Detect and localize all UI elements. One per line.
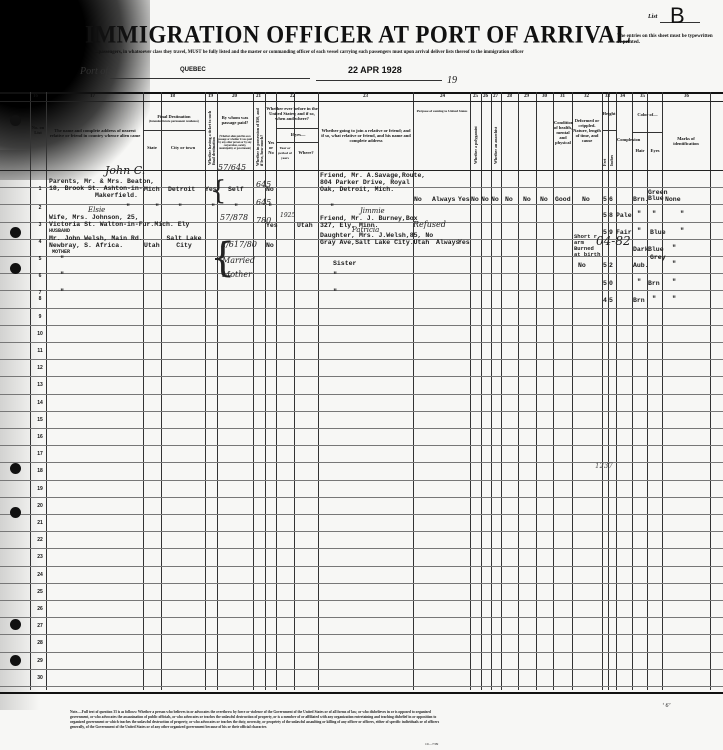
joining-line: Friend, Mr. A.Savage,Route, <box>320 172 425 179</box>
header-condition-health: Condition of health, mental and physical <box>554 120 572 145</box>
row-line <box>0 204 723 205</box>
row-line <box>0 342 723 343</box>
header-state: State <box>144 145 160 150</box>
header-passage-paid: By whom was passage paid? <box>218 115 252 125</box>
height-feet: 5 <box>603 280 607 287</box>
ditto-mark: " <box>333 289 337 297</box>
header-joining-relative: Whether going to join a relative or frie… <box>320 128 412 143</box>
list-label: List <box>648 14 657 20</box>
column-number: 20 <box>232 94 237 99</box>
ditto-mark: " <box>60 272 64 280</box>
form-code: 10—7/09 <box>425 742 438 746</box>
header-hair: Hair <box>633 148 647 153</box>
ditto-mark: " <box>637 211 641 219</box>
header-passage-paid-note: (Whether alien paid his own passage or w… <box>218 135 252 150</box>
cell-value: No <box>414 196 422 203</box>
row-number: 25 <box>34 589 46 595</box>
row-number: 2 <box>34 205 46 211</box>
column-number: 28 <box>507 94 512 99</box>
joining-line: Sister <box>333 260 356 267</box>
column-number: 34 <box>620 94 625 99</box>
deformed: No <box>582 196 590 203</box>
header-fifty-dollars: Whether in possession of $50, and if les… <box>256 108 264 166</box>
row-number: 22 <box>34 537 46 543</box>
ditto-mark: " <box>672 261 676 269</box>
column-number: 22 <box>290 94 295 99</box>
column-number: 26 <box>483 94 488 99</box>
column-number: 21 <box>256 94 261 99</box>
cell-value: No <box>505 196 513 203</box>
handwritten-annotation: 04-82 <box>596 234 631 248</box>
height-inches: 6 <box>609 196 613 203</box>
header-polygamist: Whether a polygamist <box>474 114 478 164</box>
row-number: 29 <box>34 658 46 664</box>
row-number: 17 <box>34 451 46 457</box>
header-purpose: Purpose of coming to United States <box>414 109 470 114</box>
joining-line: Gray Ave,Salt Lake City.Utah <box>320 239 429 246</box>
eyes: Green Blue <box>648 190 664 202</box>
row-number: 26 <box>34 606 46 612</box>
handwritten-annotation: 57/645 <box>218 163 246 172</box>
column-number: 35 <box>640 94 645 99</box>
document-title: IMMIGRATION OFFICER AT PORT OF ARRIVAL <box>85 21 631 50</box>
passage-paid: Self <box>228 186 244 193</box>
header-city: City or town <box>162 145 204 150</box>
row-line <box>0 634 723 635</box>
handwritten-annotation: 645 <box>256 198 271 207</box>
cell-value: No <box>471 196 479 203</box>
margin-mark: ‘ 6’ <box>662 703 671 709</box>
state: Mich <box>144 186 160 193</box>
row-number: 27 <box>34 623 46 629</box>
header-inches: Inches <box>610 146 614 166</box>
row-line <box>0 273 723 274</box>
row-line <box>0 652 723 653</box>
row-line <box>0 462 723 463</box>
sub-header-divider <box>276 128 318 129</box>
ditto-mark: " <box>234 204 238 212</box>
list-value: B <box>670 3 685 29</box>
row-line <box>0 411 723 412</box>
punch-hole <box>10 507 21 518</box>
header-anarchist: Whether an anarchist <box>494 114 498 164</box>
relative-line: Newbray, S. Africa. <box>49 242 123 249</box>
height-inches: 2 <box>609 262 613 269</box>
where: Utah <box>297 222 313 229</box>
punch-hole <box>10 115 21 126</box>
row-line <box>0 290 723 291</box>
row-line <box>0 428 723 429</box>
row-line <box>0 497 723 498</box>
cell-value: No <box>481 196 489 203</box>
punch-hole <box>10 655 21 666</box>
column-number: 27 <box>493 94 498 99</box>
ditto-mark: " <box>60 256 64 264</box>
row-line <box>0 548 723 549</box>
row-line <box>0 531 723 532</box>
ditto-mark: " <box>333 272 337 280</box>
handwritten-annotation: Jimmie <box>360 207 385 215</box>
cell-value: Always <box>436 239 459 246</box>
relative-line: Parents, Mr. & Mrs. Beaton, <box>49 178 154 185</box>
joining-line: Oak, Detroit, Mich. <box>320 186 394 193</box>
sub-header-divider <box>632 132 662 133</box>
header-complexion: Complexion <box>617 137 632 142</box>
column-number: 31 <box>560 94 565 99</box>
height-feet: 5 <box>603 212 607 219</box>
header-yes-no: Yes or No <box>266 140 276 155</box>
ditto-mark: " <box>126 204 130 212</box>
row-number: 23 <box>34 554 46 560</box>
column-number-divider <box>0 101 723 102</box>
handwritten-annotation: 57/878 <box>220 213 248 222</box>
sub-header-divider <box>602 130 616 131</box>
row-number: 1 <box>34 186 46 192</box>
height-feet: 4 <box>603 297 607 304</box>
row-line <box>0 394 723 395</box>
punch-hole <box>10 463 21 474</box>
ditto-mark: " <box>637 228 641 236</box>
row-number: 9 <box>34 314 46 320</box>
height-inches: 8 <box>609 212 613 219</box>
eyes: Brn <box>648 280 660 287</box>
row-line <box>0 686 723 687</box>
sub-header-divider <box>143 130 205 131</box>
deformed: No <box>578 262 586 269</box>
typewritten-instruction: The entries on this sheet must be typewr… <box>617 34 717 46</box>
row-number: 14 <box>34 400 46 406</box>
port-label: Port of <box>80 66 108 77</box>
header-eyes: Eyes <box>648 148 662 153</box>
height-feet: 5 <box>603 262 607 269</box>
header-marks: Marks of identification <box>665 136 707 146</box>
joining-line: Friend, Mr. J. Burney,Box <box>320 215 418 222</box>
port-underline <box>110 78 310 79</box>
ditto-mark: " <box>330 204 334 212</box>
row-number: 4 <box>34 239 46 245</box>
header-feet: Feet <box>603 150 607 166</box>
handwritten-annotation: Patricia <box>352 226 379 234</box>
punch-hole <box>10 263 21 274</box>
ditto-mark: " <box>652 296 656 304</box>
hair: Dark <box>633 246 649 253</box>
cell-value: No <box>491 196 499 203</box>
column-number: 17 <box>90 94 95 99</box>
complexion: Pale <box>616 212 632 219</box>
bracket-mark: { <box>210 238 235 278</box>
header-ticket: Whether having a ticket to such final de… <box>208 110 216 165</box>
date-underline <box>316 80 442 81</box>
row-number: 6 <box>34 273 46 279</box>
row-line <box>0 669 723 670</box>
health: Good <box>555 196 571 203</box>
cell-value: No <box>523 196 531 203</box>
ditto-mark: " <box>672 279 676 287</box>
handwritten-annotation: 1925 <box>280 212 295 219</box>
cell-value: Yes <box>458 239 470 246</box>
punch-hole <box>10 619 21 630</box>
ditto-mark: " <box>637 279 641 287</box>
row-number: 13 <box>34 382 46 388</box>
row-number: 7 <box>34 290 46 296</box>
row-line <box>0 583 723 584</box>
row-number: 24 <box>34 572 46 578</box>
header-if-yes: If yes— <box>280 132 316 137</box>
header-relative-abroad: The name and complete address of nearest… <box>48 128 142 138</box>
row-line <box>0 514 723 515</box>
marks: None <box>665 196 681 203</box>
column-number: 30 <box>542 94 547 99</box>
row-number: 10 <box>34 331 46 337</box>
height-inches: 0 <box>609 280 613 287</box>
handwritten-annotation: Elsie <box>88 206 105 214</box>
final-destination-note: (Intended future permanent residence) <box>144 119 204 124</box>
column-number: 33 <box>605 94 610 99</box>
height-feet: 5 <box>603 196 607 203</box>
header-final-destination: Final Destination (Intended future perma… <box>144 114 204 124</box>
row-line <box>0 256 723 257</box>
ditto-mark: " <box>672 296 676 304</box>
column-number: 16 <box>33 94 38 99</box>
footnote-question-33: Note.—Full text of question 33 is as fol… <box>70 710 440 730</box>
city: Detroit <box>168 186 195 193</box>
ditto-mark: " <box>155 204 159 212</box>
column-number: 18 <box>170 94 175 99</box>
handwritten-annotation: 780 <box>256 216 271 225</box>
cell-value: No <box>540 196 548 203</box>
ditto-mark: " <box>178 204 182 212</box>
relative-line: Makerfield. <box>95 192 138 199</box>
row-line <box>0 325 723 326</box>
column-number: 32 <box>584 94 589 99</box>
row-line <box>0 480 723 481</box>
row-number: 8 <box>34 296 46 302</box>
header-color-of: Color of— <box>633 112 662 117</box>
row-line <box>0 445 723 446</box>
ditto-mark: " <box>60 289 64 297</box>
relative-line: 18, Brook St. Ashton-in- <box>49 185 143 192</box>
eyes: Grey <box>650 254 666 261</box>
row-number: 20 <box>34 503 46 509</box>
column-number: 23 <box>363 94 368 99</box>
hair: Aub. <box>633 262 649 269</box>
row-number: 18 <box>34 468 46 474</box>
bracket-mark: { <box>210 176 227 206</box>
punch-hole <box>10 227 21 238</box>
relative-line: Mr. John Welsh, Main Rd. <box>49 235 143 242</box>
header-where: Where? <box>295 150 317 155</box>
column-number: 36 <box>684 94 689 99</box>
column-number: 29 <box>524 94 529 99</box>
arrival-date-stamp: 22 APR 1928 <box>348 65 402 75</box>
row-number: 11 <box>34 348 46 354</box>
header-no-on-list: No. on List <box>31 125 45 135</box>
handwritten-annotation: 645 <box>256 180 271 189</box>
row-number: 5 <box>34 256 46 262</box>
row-line <box>0 376 723 377</box>
ditto-mark: " <box>680 211 684 219</box>
row-line <box>0 359 723 360</box>
header-deformed: Deformed or crippled. Nature, length of … <box>573 118 601 143</box>
relative-line: Wife, Mrs. Johnson, 25, <box>49 214 139 221</box>
ditto-mark: " <box>652 211 656 219</box>
row-number: 19 <box>34 486 46 492</box>
column-number: 24 <box>440 94 445 99</box>
relative-line: HUSBAND <box>49 228 70 235</box>
handwritten-annotation: 1237 <box>595 462 613 470</box>
column-number: 19 <box>208 94 213 99</box>
cell-value: Yes <box>458 196 470 203</box>
row-number: 30 <box>34 675 46 681</box>
ditto-mark: " <box>672 245 676 253</box>
relative-line: Victoria St. Walton-in-Fur.Mich. Ely <box>49 221 189 228</box>
row-number: 21 <box>34 520 46 526</box>
handwritten-annotation: John C. <box>105 164 145 177</box>
sub-header-divider <box>276 142 318 143</box>
port-value: QUEBEC <box>180 67 206 73</box>
row-line <box>0 566 723 567</box>
hair: Brn. <box>633 196 649 203</box>
row-number: 15 <box>34 417 46 423</box>
row-line <box>0 617 723 618</box>
relative-line: MOTHER <box>52 249 70 256</box>
header-ever-before-us: Whether ever before in the United States… <box>266 106 318 121</box>
column-number: 25 <box>473 94 478 99</box>
header-height: Height <box>602 111 616 116</box>
row-number: 16 <box>34 434 46 440</box>
handwritten-annotation: Refused <box>413 220 446 229</box>
state: Utah <box>144 242 160 249</box>
row-number: 12 <box>34 365 46 371</box>
height-inches: 5 <box>609 297 613 304</box>
eyes: Blue <box>648 246 664 253</box>
row-number: 28 <box>34 640 46 646</box>
row-line <box>0 600 723 601</box>
ditto-mark: " <box>680 228 684 236</box>
joining-line: 804 Parker Drive, Royal <box>320 179 410 186</box>
header-year: Year or period of years <box>277 146 293 161</box>
ever-us: No <box>266 242 274 249</box>
year-suffix: 19 <box>447 75 457 86</box>
eyes: Blue <box>650 229 666 236</box>
row-line <box>0 308 723 309</box>
document-subtitle: ...passengers, in whatsoever class they … <box>95 50 524 55</box>
passenger-manifest-page: IMMIGRATION OFFICER AT PORT OF ARRIVAL .… <box>0 0 723 750</box>
hair: Brn <box>633 297 645 304</box>
row-number: 3 <box>34 222 46 228</box>
cell-value: Always <box>432 196 455 203</box>
city: Salt Lake City <box>166 235 202 249</box>
